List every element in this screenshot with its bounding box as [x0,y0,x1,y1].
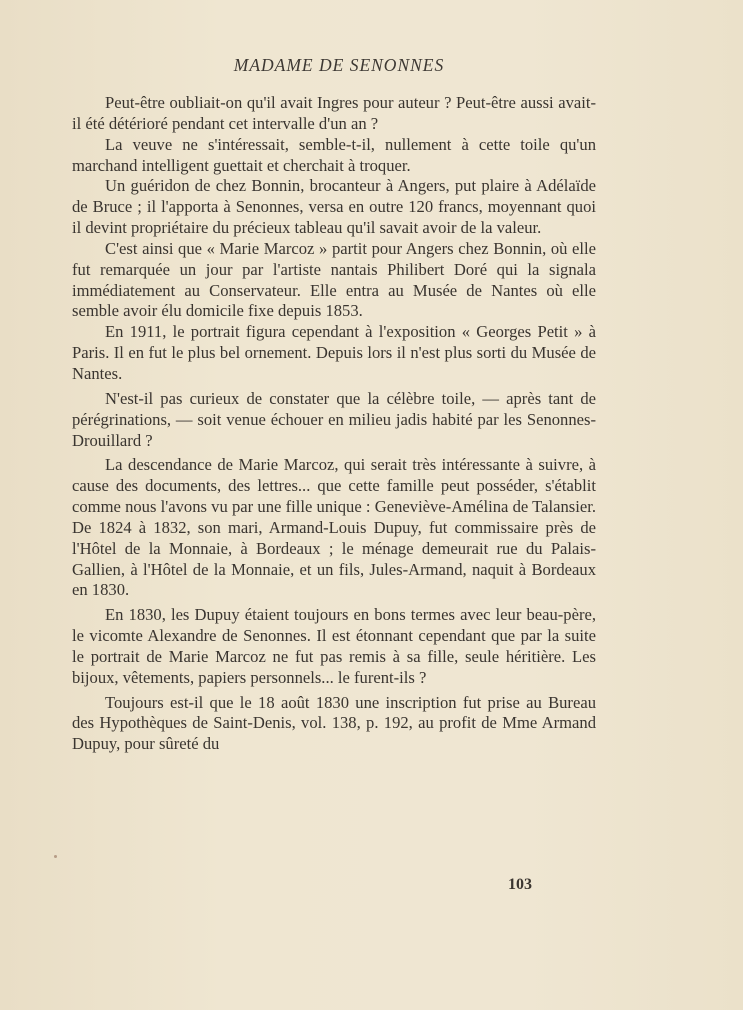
body-text: Peut-être oubliait-on qu'il avait Ingres… [72,93,596,755]
paragraph: La descendance de Marie Marcoz, qui sera… [72,455,596,601]
paragraph: La veuve ne s'intéressait, semble-t-il, … [72,135,596,177]
paragraph: C'est ainsi que « Marie Marcoz » partit … [72,239,596,322]
book-page: MADAME DE SENONNES Peut-être oubliait-on… [72,50,596,755]
paragraph: N'est-il pas curieux de constater que la… [72,389,596,452]
paragraph: En 1830, les Dupuy étaient toujours en b… [72,605,596,688]
paragraph: Toujours est-il que le 18 août 1830 une … [72,693,596,756]
page-number: 103 [508,876,532,894]
running-head: MADAME DE SENONNES [82,50,596,80]
paragraph: Peut-être oubliait-on qu'il avait Ingres… [72,93,596,135]
paper-speck [54,855,57,858]
paragraph: En 1911, le portrait figura cependant à … [72,322,596,385]
paragraph: Un guéridon de chez Bonnin, brocanteur à… [72,176,596,239]
